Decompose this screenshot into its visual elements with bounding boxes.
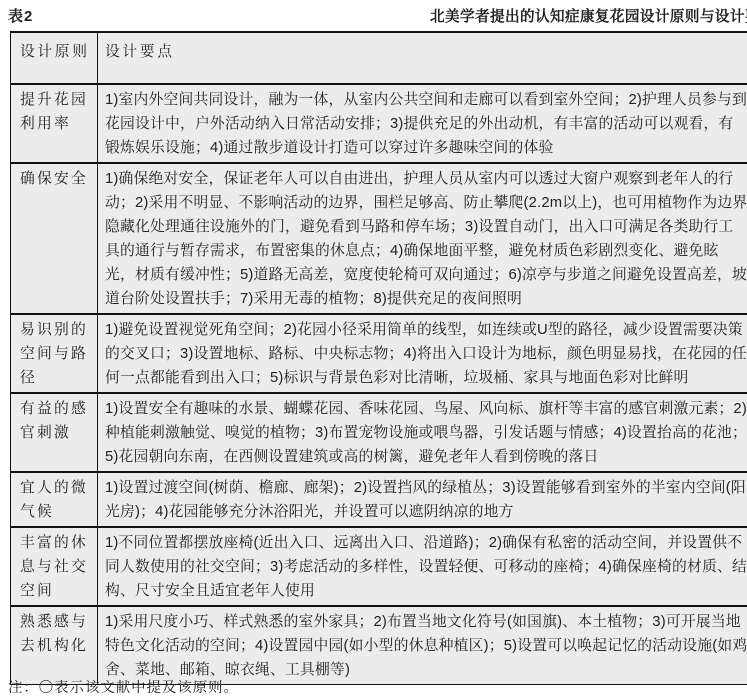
table-header-row: 设计原则 设计要点 xyxy=(11,33,747,85)
table-row: 熟悉感与去机构化 1)采用尺度小巧、样式熟悉的室外家具；2)布置当地文化符号(如… xyxy=(11,607,747,685)
principle-column-header: 设计原则 xyxy=(11,33,98,83)
table-label: 表2 xyxy=(8,5,33,26)
points-cell: 1)设置安全有趣味的水景、蝴蝶花园、香味花园、鸟屋、风向标、旗杆等丰富的感官刺激… xyxy=(98,394,747,471)
table-row: 丰富的休息与社交空间 1)不同位置都摆放座椅(近出入口、远离出入口、沿道路)；2… xyxy=(11,528,747,607)
principle-cell: 宜人的微气候 xyxy=(11,473,98,526)
points-cell: 1)不同位置都摆放座椅(近出入口、远离出入口、沿道路)；2)确保有私密的活动空间… xyxy=(98,528,747,605)
principle-cell: 提升花园利用率 xyxy=(11,85,98,162)
table-row: 易识别的空间与路径 1)避免设置视觉死角空间；2)花园小径采用简单的线型，如连续… xyxy=(11,315,747,394)
points-cell: 1)确保绝对安全，保证老年人可以自由进出，护理人员从室内可以透过大窗户观察到老年… xyxy=(98,164,747,313)
principle-cell: 易识别的空间与路径 xyxy=(11,315,98,392)
points-column-header: 设计要点 xyxy=(98,33,747,83)
points-cell: 1)采用尺度小巧、样式熟悉的室外家具；2)布置当地文化符号(如国旗)、本土植物；… xyxy=(98,607,747,684)
table-row: 确保安全 1)确保绝对安全，保证老年人可以自由进出，护理人员从室内可以透过大窗户… xyxy=(11,164,747,315)
points-cell: 1)避免设置视觉死角空间；2)花园小径采用简单的线型，如连续或U型的路径，减少设… xyxy=(98,315,747,392)
principle-cell: 有益的感官刺激 xyxy=(11,394,98,471)
table-note: 注：〇表示该文献中提及该原则。 xyxy=(8,676,239,697)
design-principles-table: 设计原则 设计要点 提升花园利用率 1)室内外空间共同设计，融为一体，从室内公共… xyxy=(10,31,747,685)
principle-cell: 丰富的休息与社交空间 xyxy=(11,528,98,605)
points-cell: 1)室内外空间共同设计，融为一体，从室内公共空间和走廊可以看到室外空间；2)护理… xyxy=(98,85,747,162)
principle-cell: 确保安全 xyxy=(11,164,98,313)
points-cell: 1)设置过渡空间(树荫、檐廊、廊架)；2)设置挡风的绿植丛；3)设置能够看到室外… xyxy=(98,473,747,526)
page-title: 北美学者提出的认知症康复花园设计原则与设计要点 xyxy=(430,5,747,26)
principle-cell: 熟悉感与去机构化 xyxy=(11,607,98,684)
table-row: 宜人的微气候 1)设置过渡空间(树荫、檐廊、廊架)；2)设置挡风的绿植丛；3)设… xyxy=(11,473,747,528)
table-row: 提升花园利用率 1)室内外空间共同设计，融为一体，从室内公共空间和走廊可以看到室… xyxy=(11,85,747,164)
table-row: 有益的感官刺激 1)设置安全有趣味的水景、蝴蝶花园、香味花园、鸟屋、风向标、旗杆… xyxy=(11,394,747,473)
